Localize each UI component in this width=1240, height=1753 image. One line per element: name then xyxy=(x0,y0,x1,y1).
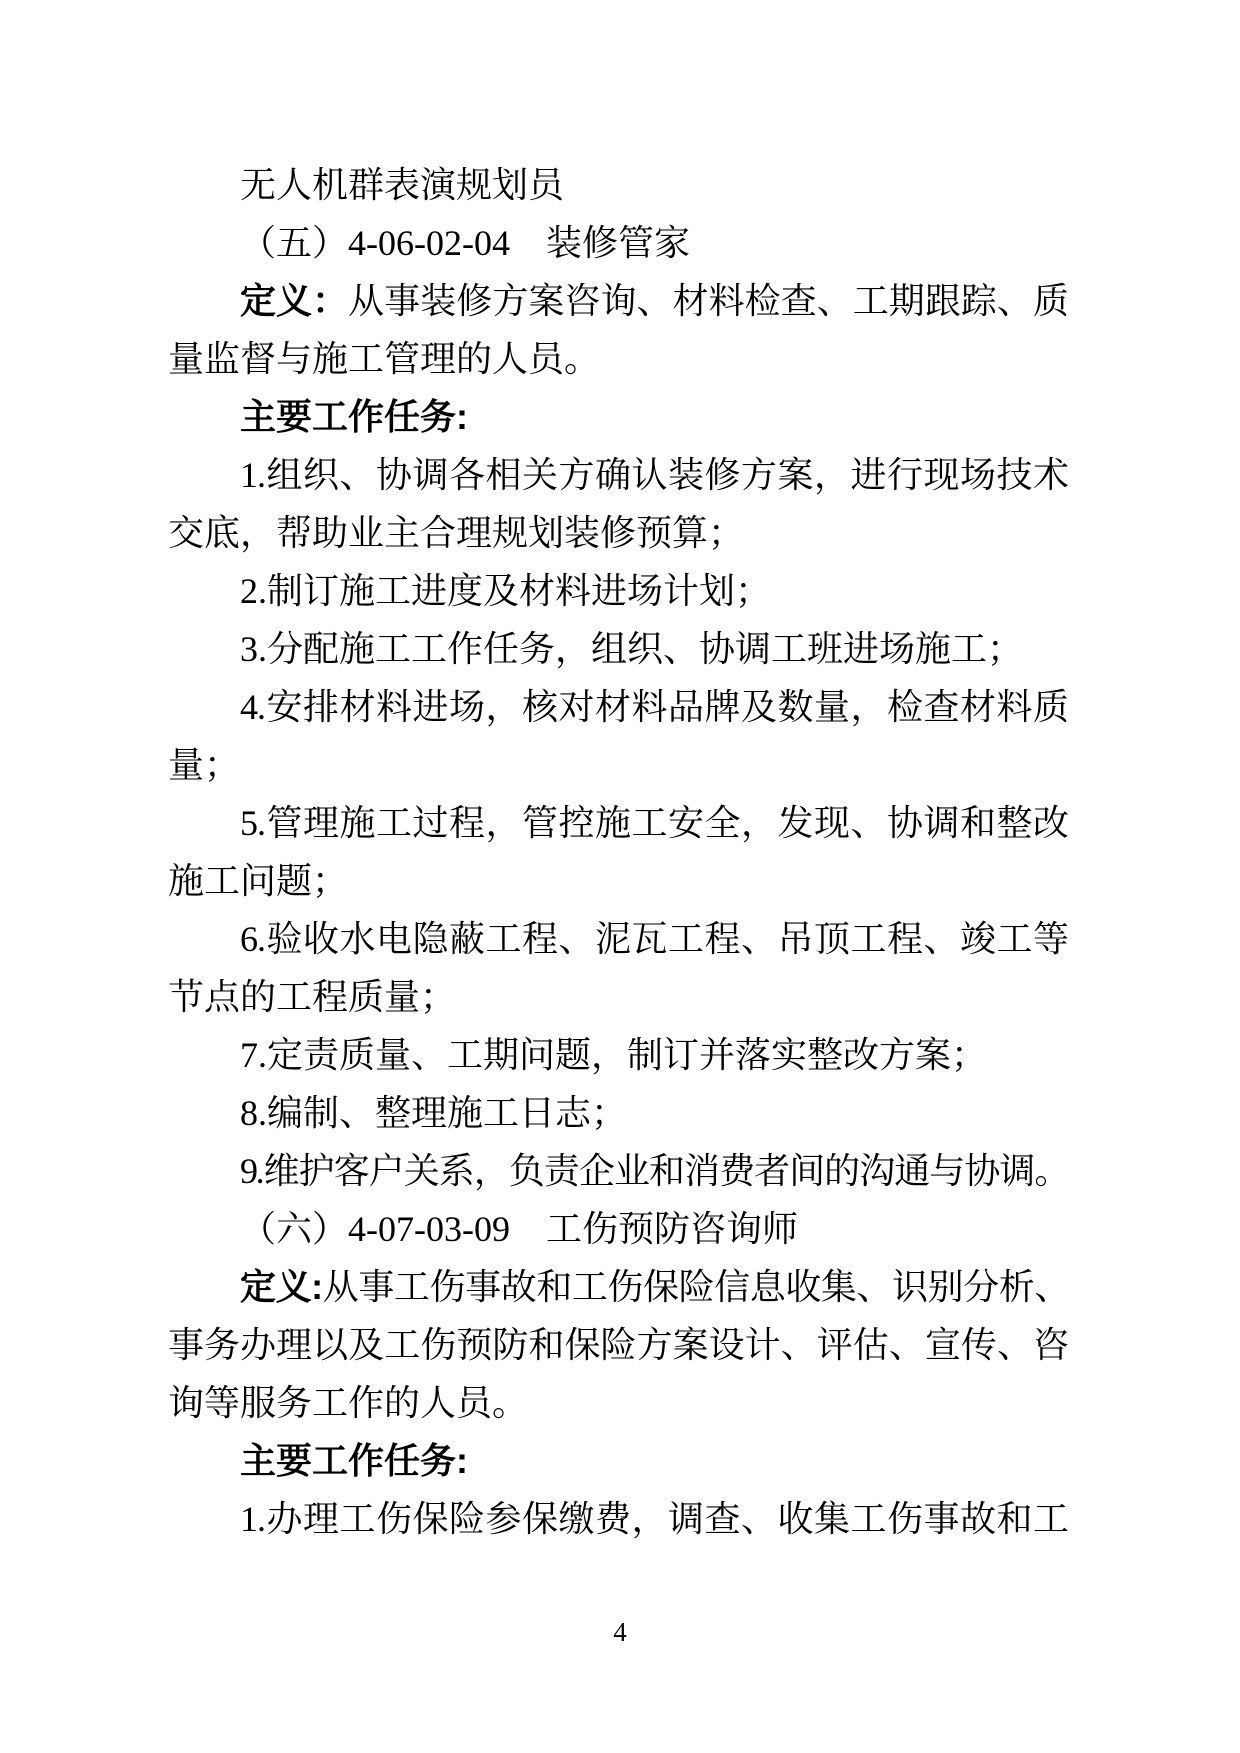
text-line: 8.编制、整理施工日志； xyxy=(168,1084,1068,1142)
line-text: 1.组织、协调各相关方确认装修方案，进行现场技术 xyxy=(240,455,1068,495)
line-text: 主要工作任务: xyxy=(240,1440,468,1481)
line-text: 从事装修方案咨询、材料检查、工期跟踪、质 xyxy=(348,281,1068,321)
line-text: 节点的工程质量； xyxy=(168,977,456,1017)
line-text: 无人机群表演规划员 xyxy=(240,165,564,205)
text-line: 3.分配施工工作任务，组织、协调工班进场施工； xyxy=(168,620,1068,678)
line-text: 4.安排材料进场，核对材料品牌及数量，检查材料质 xyxy=(240,687,1068,727)
text-line: 1.办理工伤保险参保缴费，调查、收集工伤事故和工 xyxy=(168,1490,1068,1548)
text-line: 7.定责质量、工期问题，制订并落实整改方案； xyxy=(168,1026,1068,1084)
line-text: 6.验收水电隐蔽工程、泥瓦工程、吊顶工程、竣工等 xyxy=(240,919,1068,959)
definition-label: 定义: xyxy=(240,1266,321,1307)
text-line: 9.维护客户关系，负责企业和消费者间的沟通与协调。 xyxy=(168,1142,1068,1200)
text-line: 定义:从事工伤事故和工伤保险信息收集、识别分析、 xyxy=(168,1258,1068,1316)
document-body: 无人机群表演规划员（五）4-06-02-04 装修管家定义：从事装修方案咨询、材… xyxy=(168,156,1068,1548)
definition-label: 定义： xyxy=(240,280,348,321)
text-line: 量监督与施工管理的人员。 xyxy=(168,330,1068,388)
line-text: 1.办理工伤保险参保缴费，调查、收集工伤事故和工 xyxy=(240,1499,1068,1539)
page-number: 4 xyxy=(613,1617,627,1647)
text-line: 2.制订施工进度及材料进场计划； xyxy=(168,562,1068,620)
page-footer: 4 xyxy=(0,1612,1240,1652)
line-text: 8.编制、整理施工日志； xyxy=(240,1093,627,1133)
text-line: 主要工作任务: xyxy=(168,1432,1068,1490)
text-line: 5.管理施工过程，管控施工安全，发现、协调和整改 xyxy=(168,794,1068,852)
text-line: 询等服务工作的人员。 xyxy=(168,1374,1068,1432)
line-text: 主要工作任务: xyxy=(240,396,468,437)
line-text: 9.维护客户关系，负责企业和消费者间的沟通与协调。 xyxy=(240,1151,1068,1191)
line-text: 量； xyxy=(168,745,240,785)
text-line: 量； xyxy=(168,736,1068,794)
line-text: 施工问题； xyxy=(168,861,348,901)
line-text: （五）4-06-02-04 装修管家 xyxy=(240,223,690,263)
text-line: 1.组织、协调各相关方确认装修方案，进行现场技术 xyxy=(168,446,1068,504)
line-text: （六）4-07-03-09 工伤预防咨询师 xyxy=(240,1209,798,1249)
text-line: （五）4-06-02-04 装修管家 xyxy=(168,214,1068,272)
line-text: 2.制订施工进度及材料进场计划； xyxy=(240,571,771,611)
text-line: 4.安排材料进场，核对材料品牌及数量，检查材料质 xyxy=(168,678,1068,736)
line-text: 从事工伤事故和工伤保险信息收集、识别分析、 xyxy=(321,1267,1068,1307)
text-line: （六）4-07-03-09 工伤预防咨询师 xyxy=(168,1200,1068,1258)
line-text: 7.定责质量、工期问题，制订并落实整改方案； xyxy=(240,1035,987,1075)
line-text: 询等服务工作的人员。 xyxy=(168,1383,528,1423)
text-line: 节点的工程质量； xyxy=(168,968,1068,1026)
text-line: 无人机群表演规划员 xyxy=(168,156,1068,214)
text-line: 交底，帮助业主合理规划装修预算； xyxy=(168,504,1068,562)
text-line: 定义：从事装修方案咨询、材料检查、工期跟踪、质 xyxy=(168,272,1068,330)
text-line: 6.验收水电隐蔽工程、泥瓦工程、吊顶工程、竣工等 xyxy=(168,910,1068,968)
text-line: 施工问题； xyxy=(168,852,1068,910)
line-text: 3.分配施工工作任务，组织、协调工班进场施工； xyxy=(240,629,1023,669)
text-line: 主要工作任务: xyxy=(168,388,1068,446)
text-line: 事务办理以及工伤预防和保险方案设计、评估、宣传、咨 xyxy=(168,1316,1068,1374)
line-text: 量监督与施工管理的人员。 xyxy=(168,339,600,379)
document-page: 无人机群表演规划员（五）4-06-02-04 装修管家定义：从事装修方案咨询、材… xyxy=(0,0,1240,1753)
line-text: 事务办理以及工伤预防和保险方案设计、评估、宣传、咨 xyxy=(168,1325,1068,1365)
line-text: 5.管理施工过程，管控施工安全，发现、协调和整改 xyxy=(240,803,1068,843)
line-text: 交底，帮助业主合理规划装修预算； xyxy=(168,513,744,553)
